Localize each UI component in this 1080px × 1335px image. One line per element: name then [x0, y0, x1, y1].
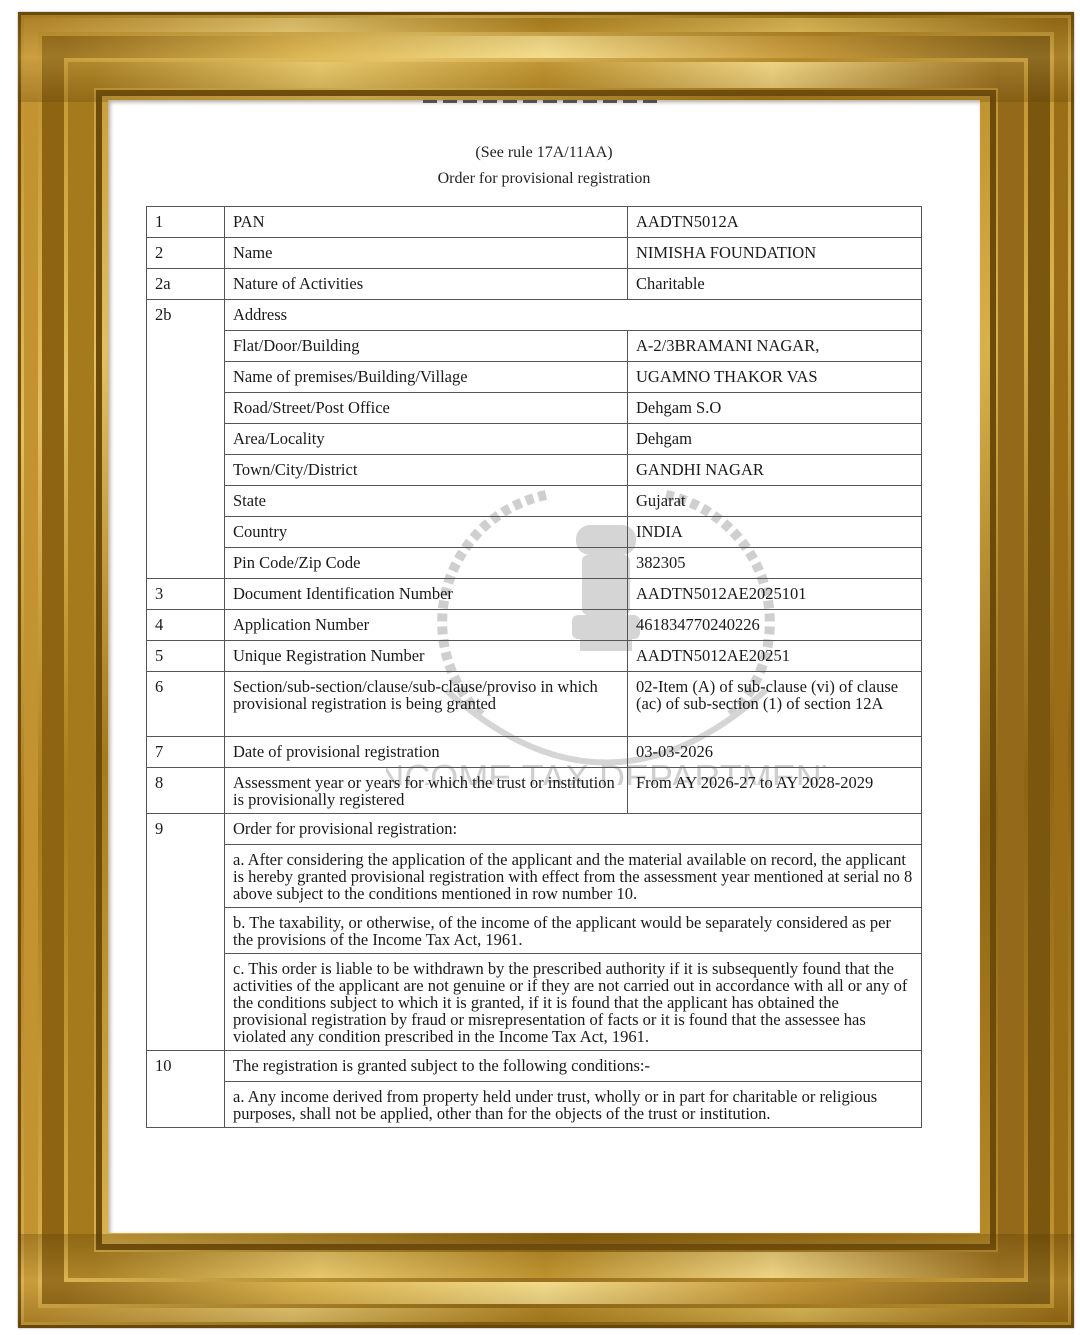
field-value: Charitable — [628, 269, 922, 300]
table-row: 5Unique Registration NumberAADTN5012AE20… — [147, 641, 922, 672]
table-row: 8Assessment year or years for which the … — [147, 768, 922, 814]
field-value: NIMISHA FOUNDATION — [628, 238, 922, 269]
order-paragraph-row: a. After considering the application of … — [147, 845, 922, 908]
row-number: 5 — [147, 641, 225, 672]
rule-reference: (See rule 17A/11AA) — [108, 144, 980, 162]
address-field-value: Dehgam — [628, 424, 922, 455]
order-heading: Order for provisional registration: — [225, 814, 922, 845]
row-number: 4 — [147, 610, 225, 641]
table-row: 6Section/sub-section/clause/sub-clause/p… — [147, 672, 922, 737]
field-value: 02-Item (A) of sub-clause (vi) of clause… — [628, 672, 922, 737]
order-header-row: 9Order for provisional registration: — [147, 814, 922, 845]
row-number: 3 — [147, 579, 225, 610]
table-row: 2NameNIMISHA FOUNDATION — [147, 238, 922, 269]
address-field-label: Pin Code/Zip Code — [225, 548, 628, 579]
field-value: 461834770240226 — [628, 610, 922, 641]
cropped-form-heading — [423, 100, 663, 104]
address-field-label: State — [225, 486, 628, 517]
row-number: 2b — [147, 300, 225, 579]
address-field-value: A-2/3BRAMANI NAGAR, — [628, 331, 922, 362]
field-label: PAN — [225, 207, 628, 238]
field-value: From AY 2026-27 to AY 2028-2029 — [628, 768, 922, 814]
field-label: Assessment year or years for which the t… — [225, 768, 628, 814]
address-field-label: Country — [225, 517, 628, 548]
address-field-row: CountryINDIA — [147, 517, 922, 548]
order-paragraph: a. After considering the application of … — [225, 845, 922, 908]
address-field-label: Flat/Door/Building — [225, 331, 628, 362]
address-field-label: Town/City/District — [225, 455, 628, 486]
address-field-row: Road/Street/Post OfficeDehgam S.O — [147, 393, 922, 424]
field-label: Application Number — [225, 610, 628, 641]
address-field-value: GANDHI NAGAR — [628, 455, 922, 486]
row-number: 9 — [147, 814, 225, 1051]
table-row: 3Document Identification NumberAADTN5012… — [147, 579, 922, 610]
address-field-value: 382305 — [628, 548, 922, 579]
order-paragraph: b. The taxability, or otherwise, of the … — [225, 908, 922, 954]
address-field-row: Area/LocalityDehgam — [147, 424, 922, 455]
address-field-value: UGAMNO THAKOR VAS — [628, 362, 922, 393]
field-label: Unique Registration Number — [225, 641, 628, 672]
row-number: 2 — [147, 238, 225, 269]
order-paragraph: c. This order is liable to be withdrawn … — [225, 954, 922, 1051]
conditions-paragraph-row: a. Any income derived from property held… — [147, 1082, 922, 1128]
address-field-value: Gujarat — [628, 486, 922, 517]
table-row: 1PANAADTN5012A — [147, 207, 922, 238]
order-paragraph-row: c. This order is liable to be withdrawn … — [147, 954, 922, 1051]
row-number: 6 — [147, 672, 225, 737]
field-value: AADTN5012A — [628, 207, 922, 238]
address-field-value: INDIA — [628, 517, 922, 548]
row-number: 1 — [147, 207, 225, 238]
row-number: 7 — [147, 737, 225, 768]
field-value: AADTN5012AE2025101 — [628, 579, 922, 610]
field-label: Name — [225, 238, 628, 269]
row-number: 8 — [147, 768, 225, 814]
address-field-row: Flat/Door/BuildingA-2/3BRAMANI NAGAR, — [147, 331, 922, 362]
field-label: Document Identification Number — [225, 579, 628, 610]
address-field-label: Road/Street/Post Office — [225, 393, 628, 424]
address-field-row: Town/City/DistrictGANDHI NAGAR — [147, 455, 922, 486]
table-row: 4Application Number461834770240226 — [147, 610, 922, 641]
field-label: Section/sub-section/clause/sub-clause/pr… — [225, 672, 628, 737]
address-field-label: Name of premises/Building/Village — [225, 362, 628, 393]
address-field-value: Dehgam S.O — [628, 393, 922, 424]
field-label: Nature of Activities — [225, 269, 628, 300]
registration-details-table: 1PANAADTN5012A2NameNIMISHA FOUNDATION2aN… — [146, 206, 922, 1128]
conditions-heading: The registration is granted subject to t… — [225, 1051, 922, 1082]
address-field-label: Area/Locality — [225, 424, 628, 455]
conditions-paragraph: a. Any income derived from property held… — [225, 1082, 922, 1128]
table-row: 7Date of provisional registration03-03-2… — [147, 737, 922, 768]
field-label: Date of provisional registration — [225, 737, 628, 768]
address-header-row: 2bAddress — [147, 300, 922, 331]
row-number: 2a — [147, 269, 225, 300]
row-number: 10 — [147, 1051, 225, 1128]
address-field-row: Pin Code/Zip Code382305 — [147, 548, 922, 579]
order-paragraph-row: b. The taxability, or otherwise, of the … — [147, 908, 922, 954]
conditions-header-row: 10The registration is granted subject to… — [147, 1051, 922, 1082]
address-heading: Address — [225, 300, 922, 331]
field-value: AADTN5012AE20251 — [628, 641, 922, 672]
address-field-row: StateGujarat — [147, 486, 922, 517]
field-value: 03-03-2026 — [628, 737, 922, 768]
certificate-document: (See rule 17A/11AA) Order for provisiona… — [108, 100, 980, 1233]
address-field-row: Name of premises/Building/VillageUGAMNO … — [147, 362, 922, 393]
table-row: 2aNature of ActivitiesCharitable — [147, 269, 922, 300]
document-title: Order for provisional registration — [108, 170, 980, 188]
